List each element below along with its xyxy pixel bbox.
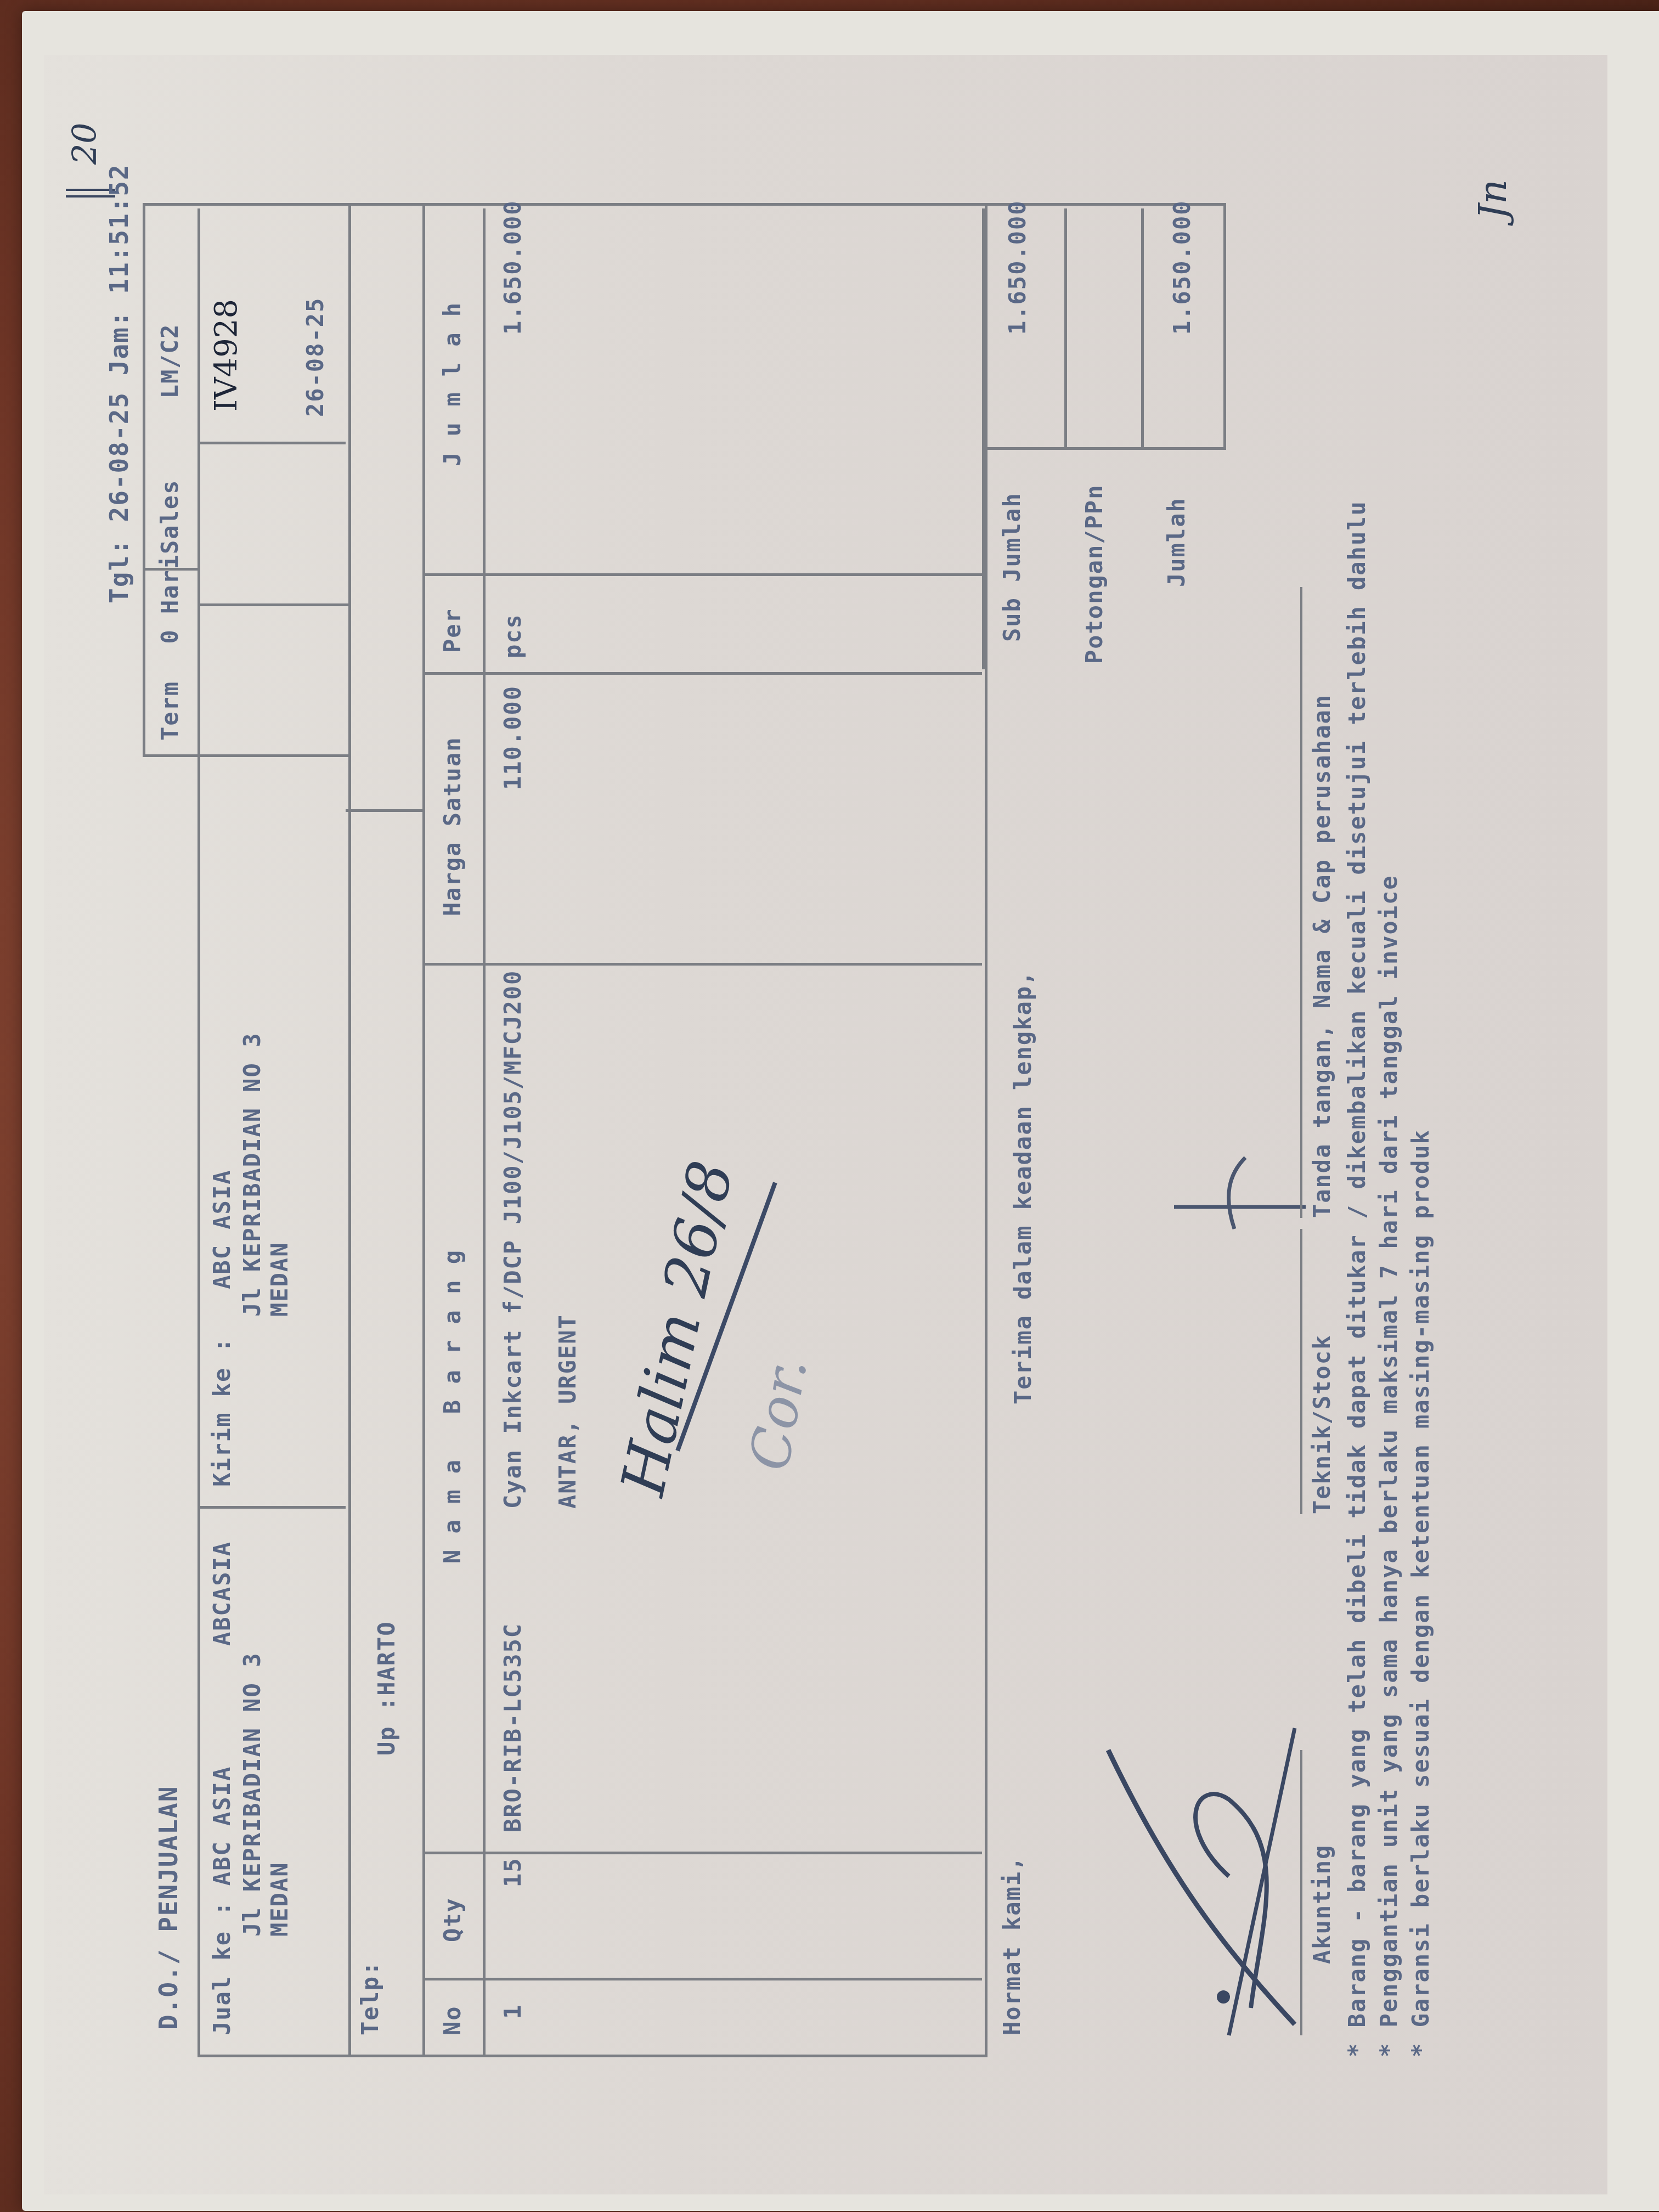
terms-note: * Barang - barang yang telah dibeli tida… bbox=[1341, 500, 1373, 2057]
terms-value: 0 Hari bbox=[156, 554, 183, 644]
row-unit-price: 110.000 bbox=[499, 685, 526, 790]
sold-to-address: Jl KEPRIBADIAN NO 3 bbox=[239, 1652, 266, 1937]
row-description: Cyan Inkcart f/DCP J100/J105/MFCJ200 bbox=[499, 970, 526, 1509]
date-time-line: Tgl: 26-08-25 Jam: 11:51:52 bbox=[104, 163, 134, 603]
handwritten-invoice-number: IV4928 bbox=[208, 299, 244, 411]
terms-row-divider bbox=[198, 208, 200, 757]
row-no: 1 bbox=[499, 2004, 526, 2019]
header-qty: Qty bbox=[439, 1897, 466, 1942]
total-label: Jumlah bbox=[1163, 497, 1190, 587]
date-value: 26-08-25 bbox=[104, 392, 134, 522]
header-unit: Per bbox=[439, 608, 466, 653]
handwritten-page-mark: Jn bbox=[1470, 179, 1515, 219]
ship-to-address: Jl KEPRIBADIAN NO 3 bbox=[239, 1032, 266, 1317]
ship-to-line: Kirim ke : ABC ASIA bbox=[208, 1170, 235, 1487]
phone-row bbox=[346, 203, 425, 2057]
customer-divider bbox=[198, 1506, 346, 1509]
delivery-note: ANTAR, URGENT bbox=[554, 1314, 581, 1509]
totals-divider-1 bbox=[1064, 208, 1067, 450]
customer-code: ABCASIA bbox=[208, 1541, 235, 1646]
discount-label: Potongan/PPn bbox=[1081, 484, 1108, 664]
col-divider-no bbox=[422, 1978, 982, 1980]
total-value: 1.650.000 bbox=[1169, 200, 1195, 335]
phone-row-divider bbox=[346, 809, 422, 812]
col-divider-unit bbox=[422, 573, 982, 576]
technical-label: Teknik/Stock bbox=[1308, 1335, 1335, 1514]
ship-to-city: MEDAN bbox=[266, 1242, 293, 1317]
regards-label: Hormat kami, bbox=[998, 1856, 1025, 2035]
terms-note: * Penggantian unit yang sama hanya berla… bbox=[1373, 500, 1405, 2057]
phone-label: Telp: bbox=[357, 1961, 383, 2035]
company-sign-label: Tanda tangan, Nama & Cap perusahaan bbox=[1308, 694, 1335, 1218]
sold-to-label: Jual ke : bbox=[208, 1900, 235, 2035]
table-header-divider bbox=[483, 208, 486, 2057]
col-divider-qty bbox=[422, 1852, 982, 1854]
sold-to-city: MEDAN bbox=[266, 1862, 293, 1937]
row-amount: 1.650.000 bbox=[499, 200, 526, 335]
subtotal-value: 1.650.000 bbox=[1004, 200, 1031, 335]
document-title: D.O./ PENJUALAN bbox=[154, 1786, 183, 2030]
row-code: BRO-RIB-LC535C bbox=[499, 1623, 526, 1832]
date-label: Tgl: bbox=[104, 538, 134, 603]
header-unit-price: Harga Satuan bbox=[439, 737, 466, 916]
row-qty: 15 bbox=[499, 1857, 526, 1887]
company-sign-line bbox=[1300, 587, 1302, 1218]
sales-line: Sales LM/C2 bbox=[156, 324, 183, 554]
sold-to-line: Jual ke : ABC ASIA bbox=[208, 1766, 235, 2035]
terms-col-divider-2 bbox=[198, 442, 346, 444]
header-no: No bbox=[439, 2005, 466, 2035]
accounting-sign-line bbox=[1300, 1750, 1302, 2035]
header-item: N a m a B a r a n g bbox=[439, 1249, 466, 1564]
received-label: Terima dalam keadaan lengkap, bbox=[1009, 970, 1036, 1404]
terms-line: Term 0 Hari bbox=[156, 554, 183, 741]
company-signature-mark bbox=[1169, 1152, 1311, 1262]
reference-date: 26-08-25 bbox=[302, 297, 329, 417]
col-divider-price bbox=[422, 672, 982, 675]
invoice-sheet: 20 D.O./ PENJUALAN Tgl: 26-08-25 Jam: 11… bbox=[44, 55, 1607, 2194]
totals-divider-2 bbox=[1141, 208, 1144, 450]
sales-label: Sales bbox=[156, 479, 183, 554]
time-label: Jam: bbox=[104, 310, 134, 375]
row-unit: pcs bbox=[499, 613, 526, 658]
header-amount: J u m l a h bbox=[439, 302, 466, 466]
signature-scribble bbox=[1086, 1701, 1317, 2057]
handwritten-corner-number: 20 bbox=[66, 123, 104, 165]
technical-sign-line bbox=[1300, 1229, 1302, 1514]
accounting-label: Akunting bbox=[1308, 1844, 1335, 1964]
document-photo: 20 D.O./ PENJUALAN Tgl: 26-08-25 Jam: 11… bbox=[44, 22, 1635, 2211]
terms-label: Term bbox=[156, 681, 183, 741]
ship-to-label: Kirim ke : bbox=[208, 1337, 235, 1487]
terms-note: * Garansi berlaku sesuai dengan ketentua… bbox=[1405, 500, 1437, 2057]
subtotal-label: Sub Jumlah bbox=[998, 492, 1025, 642]
col-divider-item bbox=[422, 963, 982, 966]
attention: Up :HARTO bbox=[373, 1621, 400, 1756]
sales-value: LM/C2 bbox=[156, 324, 183, 398]
ship-to-name: ABC ASIA bbox=[208, 1170, 235, 1289]
sold-to-name: ABC ASIA bbox=[208, 1766, 235, 1886]
time-value: 11:51:52 bbox=[104, 163, 134, 294]
terms-notes: * Barang - barang yang telah dibeli tida… bbox=[1341, 500, 1437, 2057]
